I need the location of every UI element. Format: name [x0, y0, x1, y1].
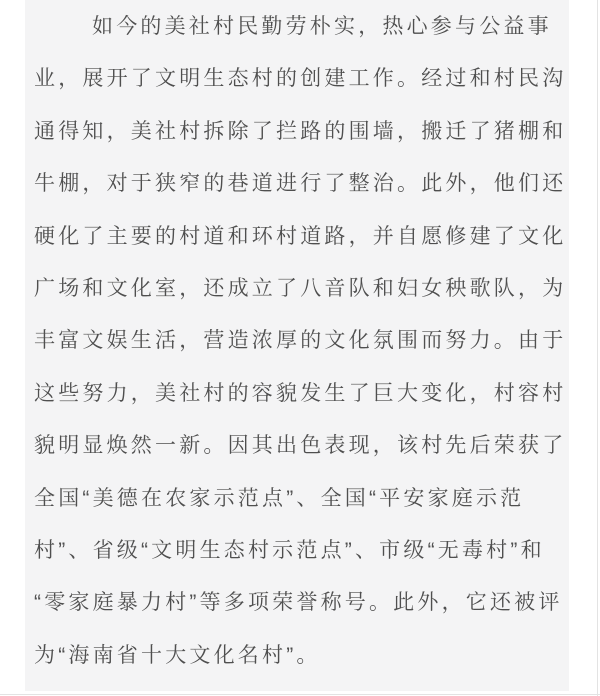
text-line: 村”、省级“文明生态村示范点”、市级“无毒村”和	[34, 525, 565, 577]
text-line: 为“海南省十大文化名村”。	[34, 630, 565, 682]
page: 如今的美社村民勤劳朴实，热心参与公益事 业，展开了文明生态村的创建工作。经过和村…	[0, 0, 600, 696]
text-line: 貌明显焕然一新。因其出色表现，该村先后荣获了	[34, 420, 565, 472]
right-edge-line	[597, 0, 598, 696]
text-line: “零家庭暴力村”等多项荣誉称号。此外，它还被评	[34, 577, 565, 629]
text-line: 这些努力，美社村的容貌发生了巨大变化，村容村	[34, 368, 565, 420]
text-line: 通得知，美社村拆除了拦路的围墙，搬迁了猪棚和	[34, 106, 565, 158]
bottom-edge-line	[0, 694, 600, 695]
text-line: 全国“美德在农家示范点”、全国“平安家庭示范	[34, 473, 565, 525]
text-line: 如今的美社村民勤劳朴实，热心参与公益事	[34, 1, 565, 53]
text-line: 广场和文化室，还成立了八音队和妇女秧歌队，为	[34, 263, 565, 315]
document-content-panel: 如今的美社村民勤劳朴实，热心参与公益事 业，展开了文明生态村的创建工作。经过和村…	[25, 0, 569, 691]
paragraph: 如今的美社村民勤劳朴实，热心参与公益事 业，展开了文明生态村的创建工作。经过和村…	[34, 1, 565, 682]
text-line: 丰富文娱生活，营造浓厚的文化氛围而努力。由于	[34, 315, 565, 367]
text-line: 业，展开了文明生态村的创建工作。经过和村民沟	[34, 53, 565, 105]
text-line: 牛棚，对于狭窄的巷道进行了整治。此外，他们还	[34, 158, 565, 210]
text-line: 硬化了主要的村道和环村道路，并自愿修建了文化	[34, 211, 565, 263]
